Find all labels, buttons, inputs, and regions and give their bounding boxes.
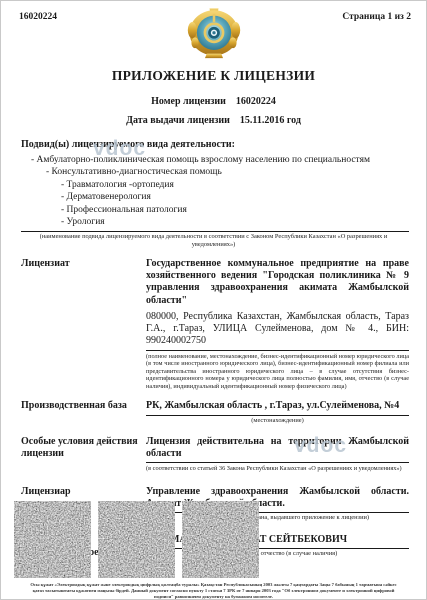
licensee-name: Государственное коммунальное предприятие… (146, 258, 409, 307)
license-attachment-page: 16020224 (0, 0, 427, 600)
subtype-item: - Профессиональная патология (21, 204, 409, 216)
special-conditions-caption: (в соответствии со статьей 36 Закона Рес… (146, 465, 409, 473)
special-conditions-value: Лицензия действительна на территории Жам… (146, 436, 409, 461)
page-header: 16020224 (1, 1, 426, 61)
divider (146, 415, 409, 416)
legal-footer: Осы құжат «Электрондық құжат және электр… (25, 582, 402, 600)
subtypes-caption: (наименование подвида лицензируемого вид… (31, 233, 396, 248)
legal-text-russian: Данный документ согласно пункту 1 статьи… (131, 588, 394, 599)
subtypes-heading: Подвид(ы) лицензируемого вида деятельнос… (21, 139, 409, 150)
subtype-item: - Дерматовенерология (21, 191, 409, 203)
page-title: ПРИЛОЖЕНИЕ К ЛИЦЕНЗИИ (1, 68, 426, 84)
qr-code (98, 501, 175, 578)
subtype-item: - Консультативно-диагностическая помощь (21, 166, 409, 178)
issue-date-value: 15.11.2016 год (240, 115, 301, 126)
production-base-caption: (местонахождение) (146, 417, 409, 424)
divider (146, 462, 409, 463)
subtype-item: - Травматология -ортопедия (21, 179, 409, 191)
coat-of-arms-icon (185, 3, 243, 64)
licensee-row: Лицензиат Государственное коммунальное п… (21, 258, 409, 391)
subtype-list: - Амбулаторно-поликлиническая помощь взр… (21, 154, 409, 228)
special-conditions-row: Особые условия действия лицензии Лицензи… (21, 436, 409, 473)
issue-date-label: Дата выдачи лицензии (126, 115, 230, 126)
page-indicator: Страница 1 из 2 (342, 12, 411, 22)
issue-date-line: Дата выдачи лицензии15.11.2016 год (1, 115, 426, 126)
license-number-line: Номер лицензии16020224 (1, 96, 426, 107)
divider (146, 350, 409, 351)
production-base-row: Производственная база РК, Жамбылская обл… (21, 400, 409, 423)
divider (21, 231, 409, 232)
special-conditions-label: Особые условия действия лицензии (21, 436, 146, 473)
qr-code (14, 501, 91, 578)
production-base-label: Производственная база (21, 400, 146, 423)
subtype-item: - Урология (21, 216, 409, 228)
licensee-label: Лицензиат (21, 258, 146, 391)
production-base-value: РК, Жамбылская область , г.Тараз, ул.Сул… (146, 400, 409, 412)
qr-code (182, 501, 259, 578)
license-number-value: 16020224 (236, 96, 276, 107)
license-number-label: Номер лицензии (151, 96, 226, 107)
subtype-item: - Амбулаторно-поликлиническая помощь взр… (21, 154, 409, 166)
licensee-address: 080000, Республика Казахстан, Жамбылская… (146, 311, 409, 348)
document-number: 16020224 (19, 12, 57, 22)
qr-code-row (14, 501, 259, 578)
licensee-caption: (полное наименование, местонахождение, б… (146, 353, 409, 391)
